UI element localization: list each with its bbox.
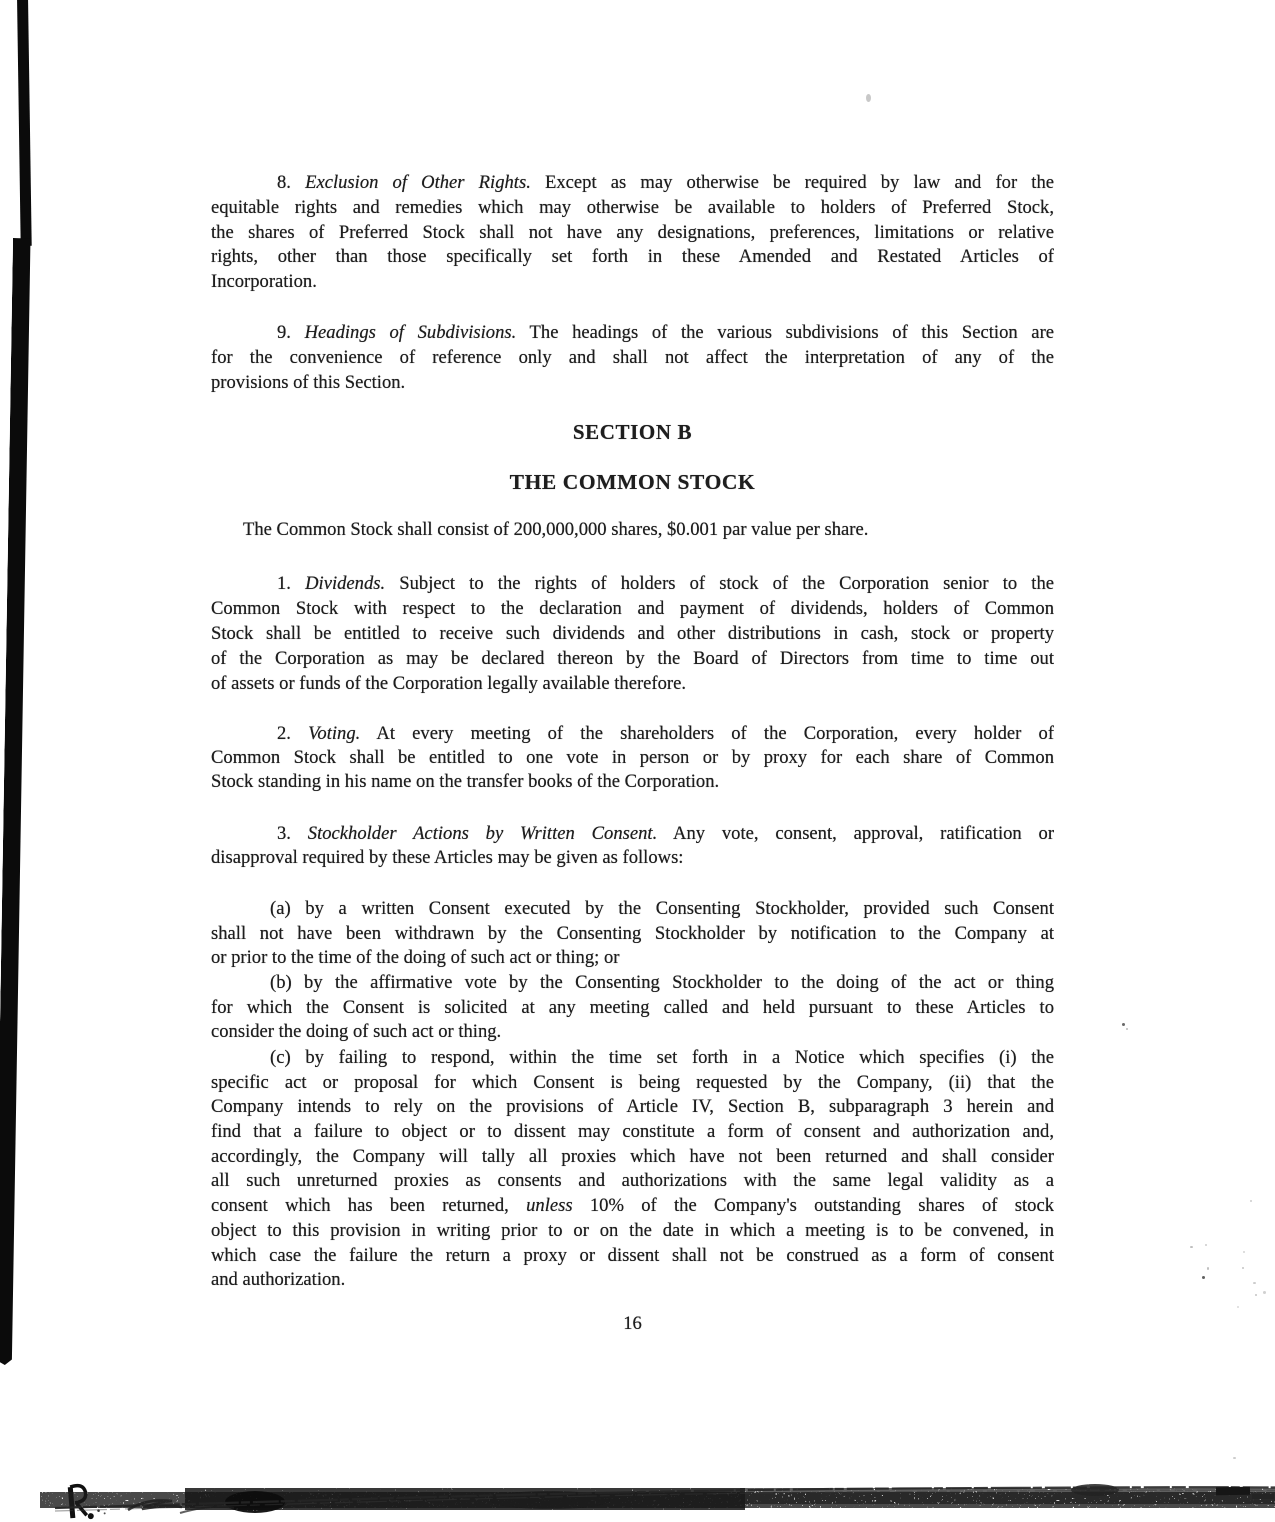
text-line: consider the doing of such act or thing. xyxy=(211,1020,1054,1045)
scan-artifact-left-bar-top xyxy=(17,0,31,246)
paragraph-8-exclusion-of-other-rights: 8. Exclusion of Other Rights. Except as … xyxy=(211,171,1054,295)
text-line: Stock shall be entitled to receive such … xyxy=(211,621,1054,646)
scan-speck xyxy=(1237,1306,1239,1308)
text-line: accordingly, the Company will tally all … xyxy=(211,1145,1054,1170)
text-line: 16 xyxy=(211,1312,1054,1336)
paragraph-9-headings-of-subdivisions: 9. Headings of Subdivisions. The heading… xyxy=(211,321,1054,395)
scan-artifact-noise-band xyxy=(0,1440,1275,1522)
scan-speck xyxy=(1243,1251,1245,1253)
text-line: provisions of this Section. xyxy=(211,371,1054,396)
text-line: 8. Exclusion of Other Rights. Except as … xyxy=(211,171,1054,196)
page-number: 16 xyxy=(211,1312,1054,1336)
text-line: or prior to the time of the doing of suc… xyxy=(211,946,1054,971)
scan-speck xyxy=(1242,1267,1244,1269)
text-line: specific act or proposal for which Conse… xyxy=(211,1071,1054,1096)
text-line: equitable rights and remedies which may … xyxy=(211,196,1054,221)
paragraph-common-stock-shares: The Common Stock shall consist of 200,00… xyxy=(211,517,1054,542)
paragraph-3a-written-consent: (a) by a written Consent executed by the… xyxy=(211,897,1054,971)
text-line: of assets or funds of the Corporation le… xyxy=(211,671,1054,696)
text-line: object to this provision in writing prio… xyxy=(211,1219,1054,1244)
text-line: The Common Stock shall consist of 200,00… xyxy=(211,517,1054,542)
paragraph-3-stockholder-actions-by-written-consent: 3. Stockholder Actions by Written Consen… xyxy=(211,822,1054,871)
paragraph-2-voting: 2. Voting. At every meeting of the share… xyxy=(211,722,1054,795)
text-line: Common Stock shall be entitled to one vo… xyxy=(211,746,1054,770)
scan-speck xyxy=(1190,1246,1193,1248)
text-line: (a) by a written Consent executed by the… xyxy=(211,897,1054,922)
paragraph-3c-failing-to-respond: (c) by failing to respond, within the ti… xyxy=(211,1046,1054,1293)
text-line: for which the Consent is solicited at an… xyxy=(211,996,1054,1021)
scan-speck xyxy=(1205,1244,1207,1246)
text-line: Company intends to rely on the provision… xyxy=(211,1095,1054,1120)
text-line: rights, other than those specifically se… xyxy=(211,245,1054,270)
text-line: (c) by failing to respond, within the ti… xyxy=(211,1046,1054,1071)
text-line: shall not have been withdrawn by the Con… xyxy=(211,922,1054,947)
scan-speck xyxy=(1250,1200,1252,1202)
scan-speck xyxy=(1126,1028,1128,1030)
scan-speck xyxy=(866,94,871,102)
text-line: THE COMMON STOCK xyxy=(211,469,1054,495)
heading-section-b: SECTION B xyxy=(211,419,1054,445)
text-line: 9. Headings of Subdivisions. The heading… xyxy=(211,321,1054,346)
text-line: and authorization. xyxy=(211,1268,1054,1293)
scan-speck xyxy=(1233,1457,1236,1459)
scan-speck xyxy=(1202,1276,1205,1279)
text-line: (b) by the affirmative vote by the Conse… xyxy=(211,971,1054,996)
paragraph-1-dividends: 1. Dividends. Subject to the rights of h… xyxy=(211,571,1054,696)
text-line: disapproval required by these Articles m… xyxy=(211,846,1054,870)
text-line: all such unreturned proxies as consents … xyxy=(211,1169,1054,1194)
heading-the-common-stock: THE COMMON STOCK xyxy=(211,469,1054,495)
text-line: of the Corporation as may be declared th… xyxy=(211,646,1054,671)
text-line: Incorporation. xyxy=(211,270,1054,295)
scan-page: 8. Exclusion of Other Rights. Except as … xyxy=(0,0,1275,1522)
document-text: 8. Exclusion of Other Rights. Except as … xyxy=(211,0,1054,1522)
scan-speck xyxy=(1255,1294,1257,1296)
paragraph-3b-affirmative-vote: (b) by the affirmative vote by the Conse… xyxy=(211,971,1054,1045)
text-line: Stock standing in his name on the transf… xyxy=(211,770,1054,794)
text-line: find that a failure to object or to diss… xyxy=(211,1120,1054,1145)
text-line: consent which has been returned, unless … xyxy=(211,1194,1054,1219)
text-line: 3. Stockholder Actions by Written Consen… xyxy=(211,822,1054,846)
text-line: 2. Voting. At every meeting of the share… xyxy=(211,722,1054,746)
text-line: 1. Dividends. Subject to the rights of h… xyxy=(211,571,1054,596)
scan-speck xyxy=(1122,1023,1125,1026)
text-line: Common Stock with respect to the declara… xyxy=(211,596,1054,621)
scan-artifact-left-bar-main xyxy=(0,238,30,1365)
text-line: the shares of Preferred Stock shall not … xyxy=(211,221,1054,246)
text-line: for the convenience of reference only an… xyxy=(211,346,1054,371)
scan-speck xyxy=(1253,1282,1256,1284)
scan-speck xyxy=(1263,1291,1266,1294)
text-line: which case the failure the return a prox… xyxy=(211,1244,1054,1269)
text-line: SECTION B xyxy=(211,419,1054,445)
scan-speck xyxy=(1207,1267,1209,1270)
